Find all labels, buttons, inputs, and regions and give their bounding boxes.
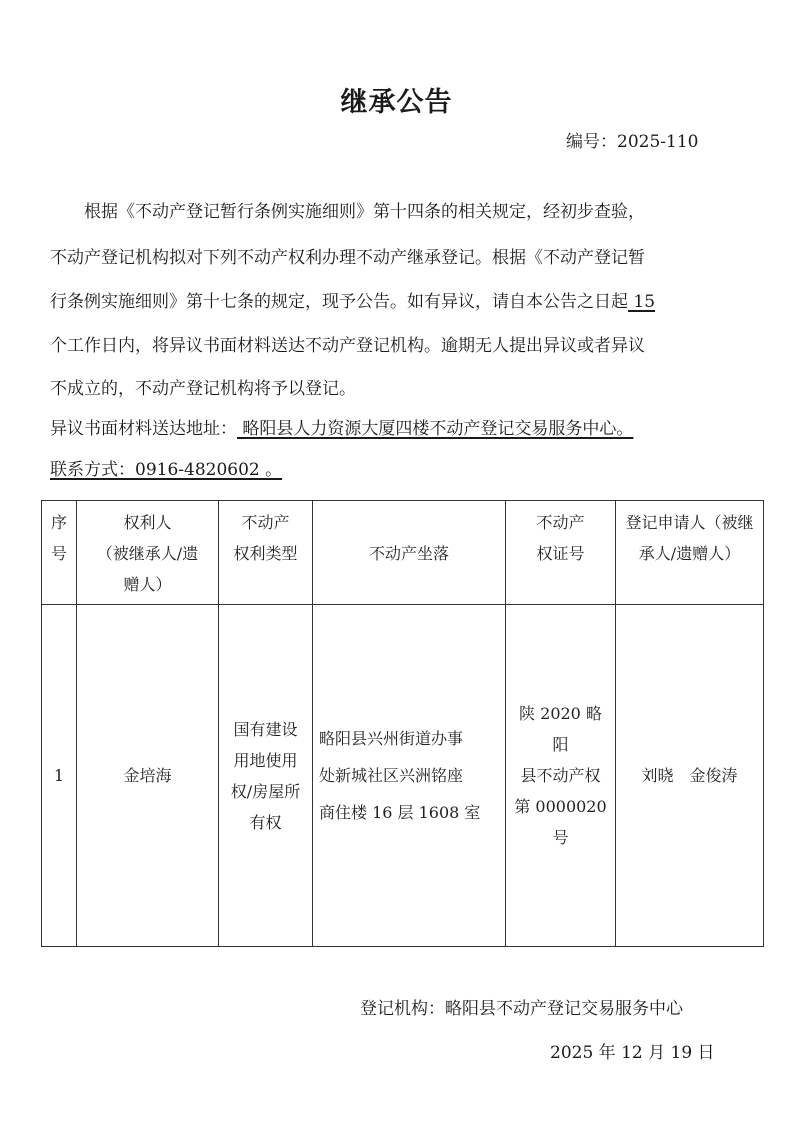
address-value: 略阳县人力资源大厦四楼不动产登记交易服务中心。 <box>237 419 633 439</box>
contact-line: 联系方式：0916-4820602 。 <box>50 455 750 480</box>
cell-right-holder: 金培海 <box>77 605 219 947</box>
cell-applicants: 刘晓 金俊涛 <box>616 605 764 947</box>
cell-right-type: 国有建设 用地使用 权/房屋所 有权 <box>219 605 313 947</box>
cell-certificate-no: 陕 2020 略阳 县不动产权 第 0000020 号 <box>506 605 616 947</box>
header-right-holder: 权利人 （被继承人/遗 赠人） <box>77 501 219 605</box>
registration-authority: 登记机构：略阳县不动产登记交易服务中心 <box>360 994 683 1019</box>
table-row: 1 金培海 国有建设 用地使用 权/房屋所 有权 略阳县兴州街道办事 处新城社区… <box>42 605 764 947</box>
page-title: 继承公告 <box>0 80 793 119</box>
body-line-3-text: 行条例实施细则》第十七条的规定，现予公告。如有异议，请自本公告之日起 <box>50 292 628 312</box>
objection-days: 15 <box>628 292 655 312</box>
contact-info: 联系方式：0916-4820602 。 <box>50 460 282 480</box>
objection-address: 异议书面材料送达地址： 略阳县人力资源大厦四楼不动产登记交易服务中心。 <box>50 414 750 439</box>
body-line-3: 行条例实施细则》第十七条的规定，现予公告。如有异议，请自本公告之日起 15 <box>50 287 750 312</box>
cell-index: 1 <box>42 605 77 947</box>
body-line-5: 不成立的，不动产登记机构将予以登记。 <box>50 374 750 399</box>
body-line-4: 个工作日内，将异议书面材料送达不动产登记机构。逾期无人提出异议或者异议 <box>50 331 750 356</box>
header-applicants: 登记申请人（被继 承人/遗赠人） <box>616 501 764 605</box>
table-header-row: 序 号 权利人 （被继承人/遗 赠人） 不动产 权利类型 不动产坐落 不动产 权… <box>42 501 764 605</box>
registration-table: 序 号 权利人 （被继承人/遗 赠人） 不动产 权利类型 不动产坐落 不动产 权… <box>41 500 764 947</box>
document-number: 编号：2025-110 <box>566 127 698 152</box>
announcement-date: 2025 年 12 月 19 日 <box>550 1038 715 1063</box>
body-line-2: 不动产登记机构拟对下列不动产权利办理不动产继承登记。根据《不动产登记暂 <box>50 243 750 268</box>
header-right-type: 不动产 权利类型 <box>219 501 313 605</box>
header-location: 不动产坐落 <box>313 501 506 605</box>
cell-location: 略阳县兴州街道办事 处新城社区兴洲铭座 商住楼 16 层 1608 室 <box>313 605 506 947</box>
header-index: 序 号 <box>42 501 77 605</box>
address-label: 异议书面材料送达地址： <box>50 419 237 439</box>
body-line-1: 根据《不动产登记暂行条例实施细则》第十四条的相关规定，经初步查验， <box>50 197 750 222</box>
header-certificate-no: 不动产 权证号 <box>506 501 616 605</box>
